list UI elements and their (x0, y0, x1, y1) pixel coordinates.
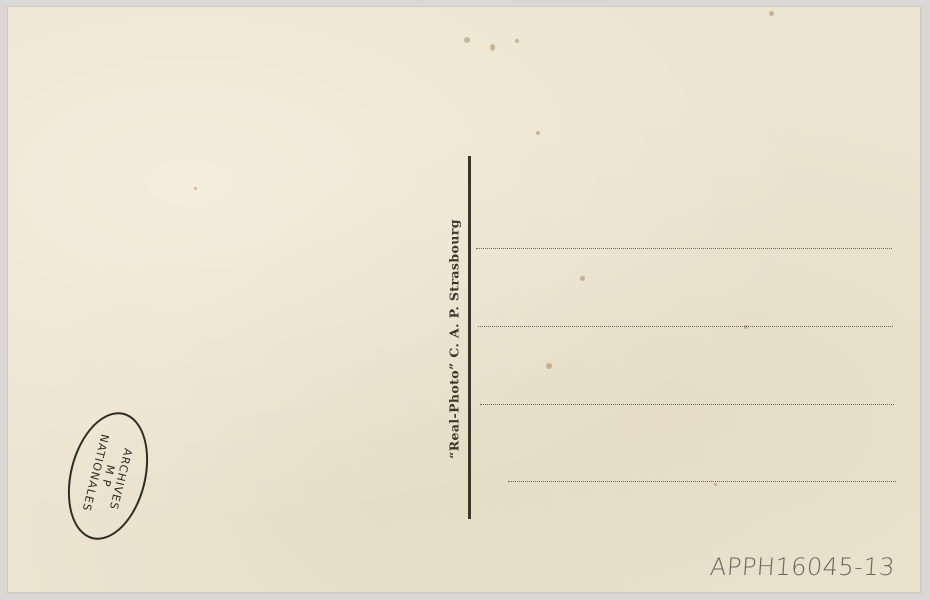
address-line-1 (476, 248, 892, 249)
foxing-spot (464, 37, 470, 43)
reference-number: APPH16045-13 (709, 553, 896, 581)
foxing-spot (546, 363, 552, 369)
foxing-spot (194, 187, 197, 190)
foxing-spot (490, 44, 495, 51)
foxing-spot (769, 11, 774, 16)
postcard-back: “Real-Photo” C. A. P. Strasbourg ARCHIVE… (8, 7, 920, 592)
archives-stamp: ARCHIVES M P NATIONALES (55, 404, 160, 549)
address-line-4 (508, 481, 896, 482)
foxing-spot (714, 483, 717, 486)
address-line-2 (478, 326, 893, 327)
stamp-text: ARCHIVES M P NATIONALES (79, 433, 136, 519)
center-divider-line (468, 156, 471, 519)
foxing-spot (515, 39, 519, 43)
foxing-spot (580, 276, 585, 281)
address-line-3 (480, 404, 894, 405)
publisher-imprint: “Real-Photo” C. A. P. Strasbourg (447, 219, 462, 459)
foxing-spot (536, 131, 540, 135)
